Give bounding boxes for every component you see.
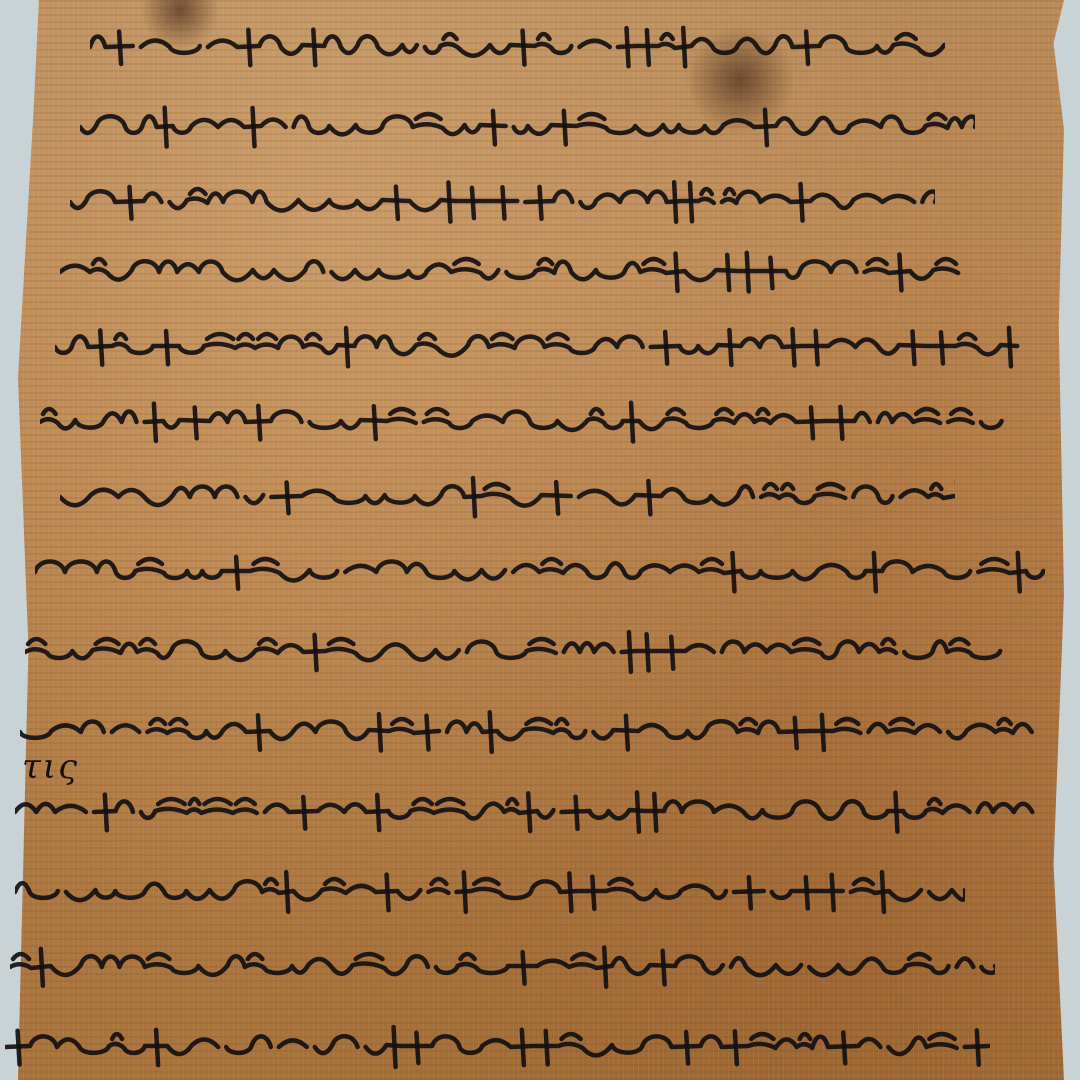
- interlinear-correction: τις: [22, 747, 79, 787]
- handwritten-line: [60, 240, 965, 300]
- handwritten-line: [90, 15, 945, 75]
- papyrus-photo: τις Close-up photograph of an ancient pa…: [0, 0, 1080, 1080]
- handwritten-line: [60, 465, 955, 525]
- handwritten-line: [25, 620, 1010, 680]
- handwritten-line: [55, 315, 1025, 375]
- handwritten-line: [10, 935, 995, 995]
- handwritten-line: [80, 95, 975, 155]
- handwritten-line: [15, 860, 965, 920]
- handwritten-line: [5, 1015, 990, 1075]
- handwritten-line: [15, 780, 1035, 840]
- handwritten-line: [35, 540, 1045, 600]
- image-subject: Close-up photograph of an ancient papyru…: [0, 0, 1, 1]
- handwritten-line: [20, 700, 1040, 760]
- handwritten-line: [40, 390, 1010, 450]
- handwritten-line: [70, 170, 935, 230]
